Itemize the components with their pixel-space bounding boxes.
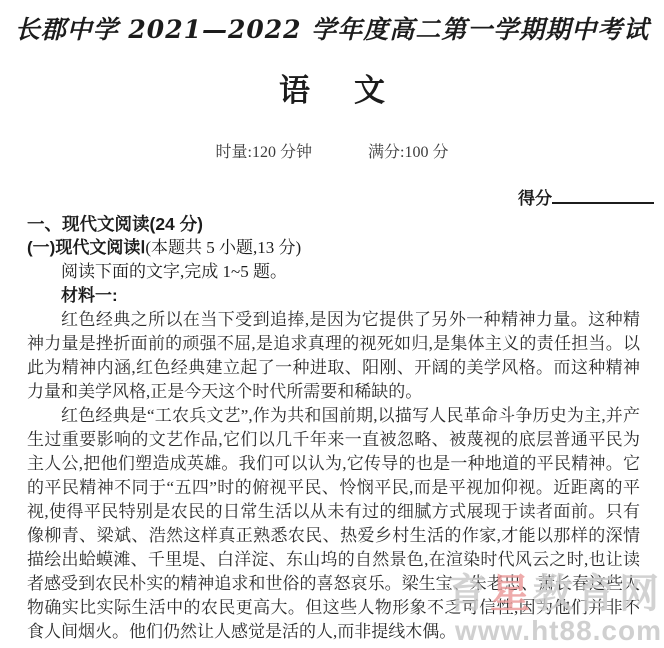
exam-title: 长郡中学 2021—2022 学年度高二第一学期期中考试 bbox=[0, 0, 664, 46]
section-heading-modern-text-reading: 一、现代文阅读(24 分) bbox=[0, 212, 664, 236]
material-paragraph-2: 红色经典是“工农兵文艺”,作为共和国前期,以描写人民革命斗争历史为主,并产生过重… bbox=[27, 404, 640, 644]
subject-title: 语文 bbox=[0, 73, 664, 109]
exam-info-line: 时量:120 分钟满分:100 分 bbox=[0, 142, 664, 164]
subsection-heading-title: (一)现代文阅读Ⅰ bbox=[27, 238, 145, 257]
material-one-label: 材料一: bbox=[0, 284, 664, 308]
reading-instruction: 阅读下面的文字,完成 1~5 题。 bbox=[0, 260, 664, 284]
material-paragraph-1: 红色经典之所以在当下受到追捧,是因为它提供了另外一种精神力量。这种精神力量是挫折… bbox=[27, 308, 640, 404]
subsection-heading-detail: (本题共 5 小题,13 分) bbox=[145, 238, 301, 257]
duration-label: 时量:120 分钟 bbox=[216, 144, 312, 161]
subject-char-wen: 文 bbox=[354, 73, 385, 108]
exam-paper-page: 长郡中学 2021—2022 学年度高二第一学期期中考试 语文 时量:120 分… bbox=[0, 0, 664, 648]
full-score-label: 满分:100 分 bbox=[368, 144, 448, 161]
score-blank-line bbox=[552, 185, 654, 204]
subject-char-yu: 语 bbox=[279, 73, 310, 108]
score-label: 得分 bbox=[518, 189, 552, 208]
subsection-heading: (一)现代文阅读Ⅰ(本题共 5 小题,13 分) bbox=[0, 236, 664, 260]
score-line: 得分 bbox=[0, 185, 664, 209]
